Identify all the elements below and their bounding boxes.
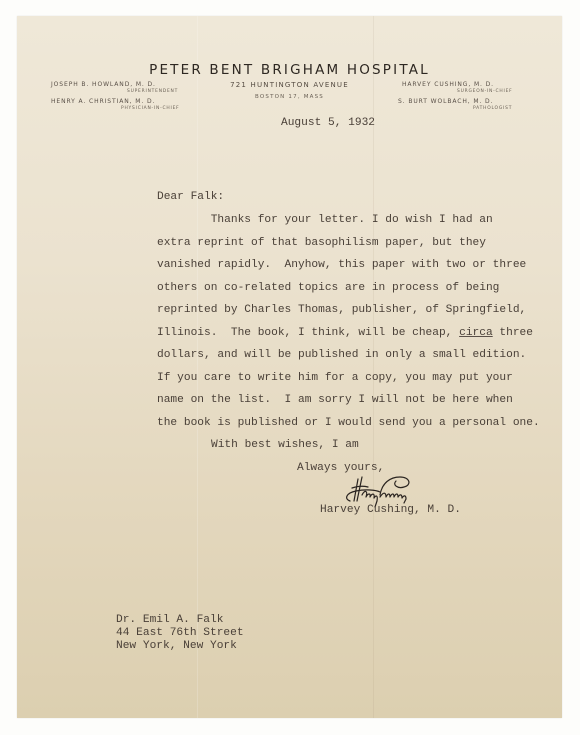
body-line: others on co-related topics are in proce… [157, 282, 499, 294]
staff-title: PATHOLOGIST [473, 106, 512, 111]
body-line: reprinted by Charles Thomas, publisher, … [157, 304, 526, 316]
recipient-line: Dr. Emil A. Falk [116, 614, 223, 627]
body-text: three [493, 327, 533, 339]
letterhead-title: PETER BENT BRIGHAM HOSPITAL [17, 62, 562, 78]
fold-crease [197, 16, 198, 718]
body-line: Thanks for your letter. I do wish I had … [157, 214, 493, 226]
body-text: Illinois. The book, I think, will be che… [157, 327, 459, 339]
body-line: name on the list. I am sorry I will not … [157, 394, 513, 406]
staff-title: PHYSICIAN-IN-CHIEF [121, 106, 179, 111]
staff-title: SURGEON-IN-CHIEF [457, 89, 512, 94]
body-line: vanished rapidly. Anyhow, this paper wit… [157, 259, 526, 271]
staff-name: HARVEY CUSHING, M. D. [402, 81, 494, 88]
salutation: Dear Falk: [157, 191, 224, 203]
staff-name: S. BURT WOLBACH, M. D. [398, 98, 493, 105]
letter-page: PETER BENT BRIGHAM HOSPITAL JOSEPH B. HO… [17, 16, 562, 718]
recipient-line: New York, New York [116, 640, 237, 653]
body-line: extra reprint of that basophilism paper,… [157, 237, 486, 249]
closing-line: With best wishes, I am [211, 439, 359, 451]
body-line: If you care to write him for a copy, you… [157, 372, 513, 384]
signatory-name: Harvey Cushing, M. D. [320, 504, 461, 516]
letter-date: August 5, 1932 [281, 117, 375, 129]
underlined-word: circa [459, 327, 493, 339]
body-line: dollars, and will be published in only a… [157, 349, 526, 361]
body-line: Illinois. The book, I think, will be che… [157, 327, 533, 339]
body-line: the book is published or I would send yo… [157, 417, 540, 429]
recipient-line: 44 East 76th Street [116, 627, 244, 640]
